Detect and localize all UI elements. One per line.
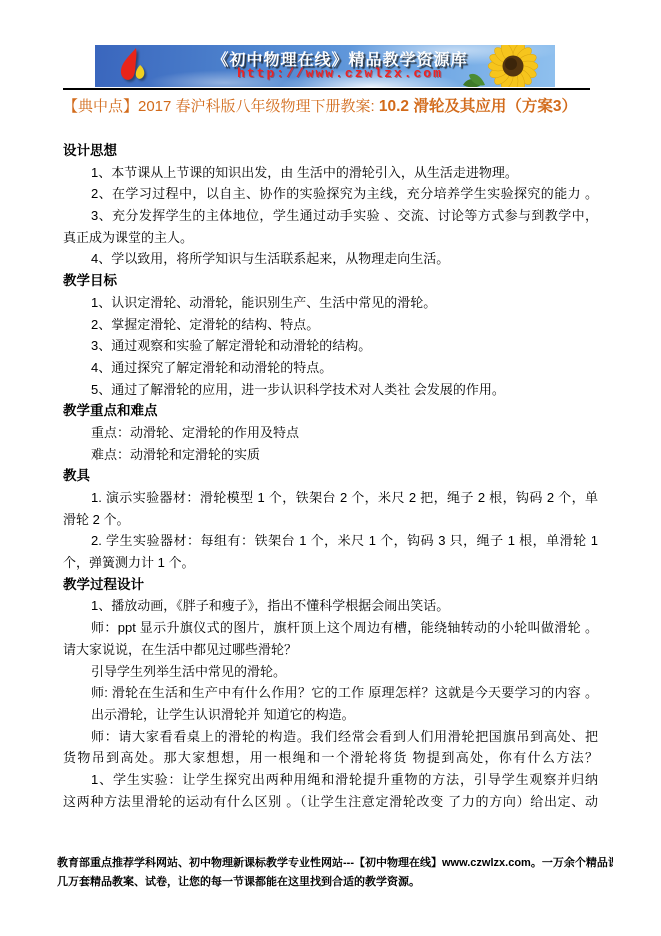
text-line: 3、通过观察和实验了解定滑轮和动滑轮的结构。: [63, 335, 598, 357]
text-line: 请大家说说，在生活中都见过哪些滑轮？: [63, 639, 598, 661]
text-line: 2. 学生实验器材：每组有：铁架台 1 个，米尺 1 个，钩码 3 只，绳子 1…: [63, 530, 598, 552]
section-teaching-goals: 教学目标 1、认识定滑轮、动滑轮，能识别生产、生活中常见的滑轮。 2、掌握定滑轮…: [63, 270, 598, 400]
text-line: 师：ppt 显示升旗仪式的图片，旗杆顶上这个周边有槽，能绕轴转动的小轮叫做滑轮 …: [63, 617, 598, 639]
footer-line: 几万套精品教案、试卷，让您的每一节课都能在这里找到合适的教学资源。: [57, 873, 613, 892]
site-banner: 《初中物理在线》精品教学资源库 http://www.czwlzx.com: [95, 45, 555, 87]
text-line: 2、在学习过程中，以自主、协作的实验探究为主线，充分培养学生实验探究的能力 。: [63, 183, 598, 205]
text-line: 难点：动滑轮和定滑轮的实质: [63, 444, 598, 466]
page-title-emphasis: 10.2 滑轮及其应用（方案3）: [379, 98, 577, 115]
sunflower-icon: [443, 45, 555, 87]
title-divider: [63, 88, 590, 90]
page-title-prefix: 【典中点】2017 春沪科版八年级物理下册教案:: [63, 98, 379, 115]
text-line: 3、充分发挥学生的主体地位，学生通过动手实验 、交流、讨论等方式参与到教学中，: [63, 205, 598, 227]
text-line: 1、播放动画，《胖子和瘦子》，指出不懂科学根据会闹出笑话。: [63, 595, 598, 617]
footer-line: 教育部重点推荐学科网站、初中物理新课标教学专业性网站---【初中物理在线】www…: [57, 854, 613, 873]
text-line: 师: 滑轮在生活和生产中有什么作用？它的工作 原理怎样？这就是今天要学习的内容 …: [63, 682, 598, 704]
section-teaching-process: 教学过程设计 1、播放动画，《胖子和瘦子》，指出不懂科学根据会闹出笑话。 师：p…: [63, 574, 598, 813]
text-line: 1、本节课从上节课的知识出发，由 生活中的滑轮引入，从生活走进物理。: [63, 162, 598, 184]
section-heading: 设计思想: [63, 140, 598, 162]
flame-logo-icon: [111, 47, 153, 87]
document-page: 《初中物理在线》精品教学资源库 http://www.czwlzx.com: [0, 0, 661, 936]
section-design-idea: 设计思想 1、本节课从上节课的知识出发，由 生活中的滑轮引入，从生活走进物理。 …: [63, 140, 598, 270]
section-heading: 教具: [63, 465, 598, 487]
text-line: 5、通过了解滑轮的应用，进一步认识科学技术对人类社 会发展的作用。: [63, 379, 598, 401]
text-line: 重点：动滑轮、定滑轮的作用及特点: [63, 422, 598, 444]
text-line: 4、学以致用，将所学知识与生活联系起来，从物理走向生活。: [63, 248, 598, 270]
banner-site-url-link[interactable]: http://www.czwlzx.com: [205, 66, 475, 81]
section-heading: 教学过程设计: [63, 574, 598, 596]
text-line: 4、通过探究了解定滑轮和动滑轮的特点。: [63, 357, 598, 379]
section-key-points: 教学重点和难点 重点：动滑轮、定滑轮的作用及特点 难点：动滑轮和定滑轮的实质: [63, 400, 598, 465]
text-line: 1、认识定滑轮、动滑轮，能识别生产、生活中常见的滑轮。: [63, 292, 598, 314]
text-line: 引导学生列举生活中常见的滑轮。: [63, 661, 598, 683]
text-line: 出示滑轮，让学生认识滑轮并 知道它的构造。: [63, 704, 598, 726]
text-line: 1. 演示实验器材：滑轮模型 1 个，铁架台 2 个，米尺 2 把，绳子 2 根…: [63, 487, 598, 509]
text-line: 2、掌握定滑轮、定滑轮的结构、特点。: [63, 314, 598, 336]
text-line: 1、学生实验：让学生探究出两种用绳和滑轮提升重物的方法，引导学生观察并归纳: [63, 769, 598, 791]
text-line: 这两种方法里滑轮的运动有什么区别 。（让学生注意定滑轮改变 了力的方向）给出定、…: [63, 791, 598, 813]
section-heading: 教学重点和难点: [63, 400, 598, 422]
text-line: 师：请大家看看桌上的滑轮的构造。我们经常会看到人们用滑轮把国旗吊到高处、把: [63, 726, 598, 748]
section-heading: 教学目标: [63, 270, 598, 292]
page-footer: 教育部重点推荐学科网站、初中物理新课标教学专业性网站---【初中物理在线】www…: [57, 854, 613, 891]
text-line: 货物吊到高处。那大家想想，用一根绳和一个滑轮将货 物提到高处，你有什么方法？: [63, 747, 598, 769]
page-title: 【典中点】2017 春沪科版八年级物理下册教案: 10.2 滑轮及其应用（方案3…: [63, 96, 598, 118]
text-line: 真正成为课堂的主人。: [63, 227, 598, 249]
text-line: 个，弹簧测力计 1 个。: [63, 552, 598, 574]
text-line: 滑轮 2 个。: [63, 509, 598, 531]
document-body: 设计思想 1、本节课从上节课的知识出发，由 生活中的滑轮引入，从生活走进物理。 …: [63, 140, 598, 812]
section-teaching-aids: 教具 1. 演示实验器材：滑轮模型 1 个，铁架台 2 个，米尺 2 把，绳子 …: [63, 465, 598, 573]
